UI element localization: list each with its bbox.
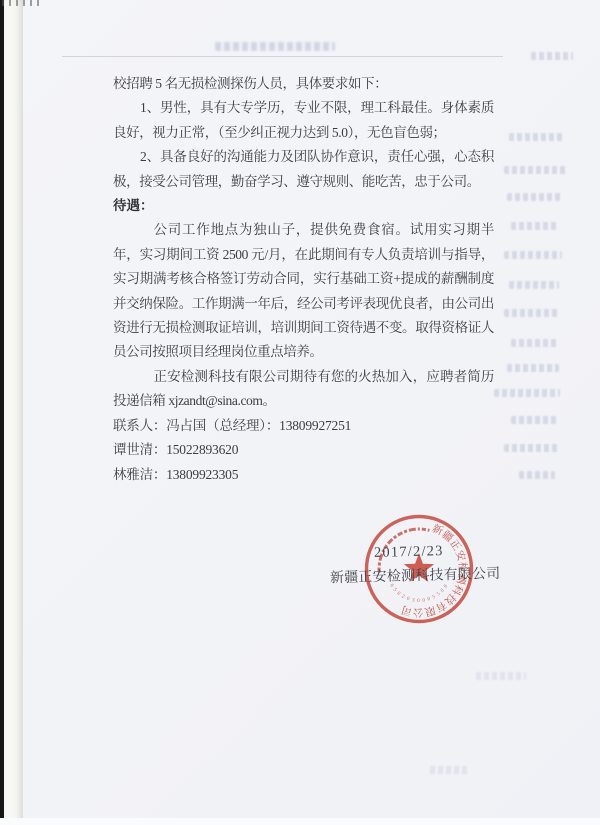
bleedthrough-mark xyxy=(509,281,559,289)
bleedthrough-mark xyxy=(504,251,562,259)
bleedthrough-mark xyxy=(476,672,526,680)
contact-line-2: 谭世清：15022893620 xyxy=(113,438,494,462)
contact-line-3: 林雅洁：13809923305 xyxy=(113,463,494,487)
document-body: 校招聘 5 名无损检测探伤人员，具体要求如下： 1、男性，具有大专学历，专业不限… xyxy=(113,72,494,487)
requirement-item-1: 1、男性，具有大专学历，专业不限，理工科最佳。身体素质良好，视力正常，（至少纠正… xyxy=(113,96,494,145)
scan-edge-bottom xyxy=(0,818,600,825)
bleedthrough-mark xyxy=(494,389,560,397)
closing-paragraph: 正安检测科技有限公司期待有您的火热加入，应聘者简历投递信箱 xjzandt@si… xyxy=(113,365,494,414)
recruitment-intro-line: 校招聘 5 名无损检测探伤人员，具体要求如下： xyxy=(113,72,494,96)
bleedthrough-mark xyxy=(504,444,560,452)
bleedthrough-mark xyxy=(504,166,566,174)
contact-line-manager: 联系人：冯占国（总经理）：13809927251 xyxy=(113,414,494,438)
signature-date: 2017/2/23 xyxy=(374,543,444,562)
bleedthrough-mark xyxy=(531,52,573,60)
bleedthrough-mark xyxy=(507,193,563,201)
treatment-paragraph: 公司工作地点为独山子，提供免费食宿。试用实习期半年，实习期间工资 2500 元/… xyxy=(113,218,494,364)
signature-company-name: 新疆正安检测科技有限公司 xyxy=(330,563,501,587)
scan-margin-strip xyxy=(4,0,23,825)
bleedthrough-mark xyxy=(519,471,555,479)
bleedthrough-mark xyxy=(511,416,557,424)
bleedthrough-mark xyxy=(215,42,335,51)
bleedthrough-mark xyxy=(511,339,557,347)
bleedthrough-mark xyxy=(430,766,470,774)
treatment-heading: 待遇： xyxy=(113,194,494,218)
bleedthrough-mark xyxy=(511,222,559,230)
scan-speckles xyxy=(2,0,42,6)
bleedthrough-mark xyxy=(509,133,565,141)
bleedthrough-mark xyxy=(507,364,559,372)
requirement-item-2: 2、具备良好的沟通能力及团队协作意识，责任心强，心态积极，接受公司管理，勤奋学习… xyxy=(113,145,494,194)
bleedthrough-mark xyxy=(504,309,560,317)
bleedthrough-rule xyxy=(62,56,503,57)
